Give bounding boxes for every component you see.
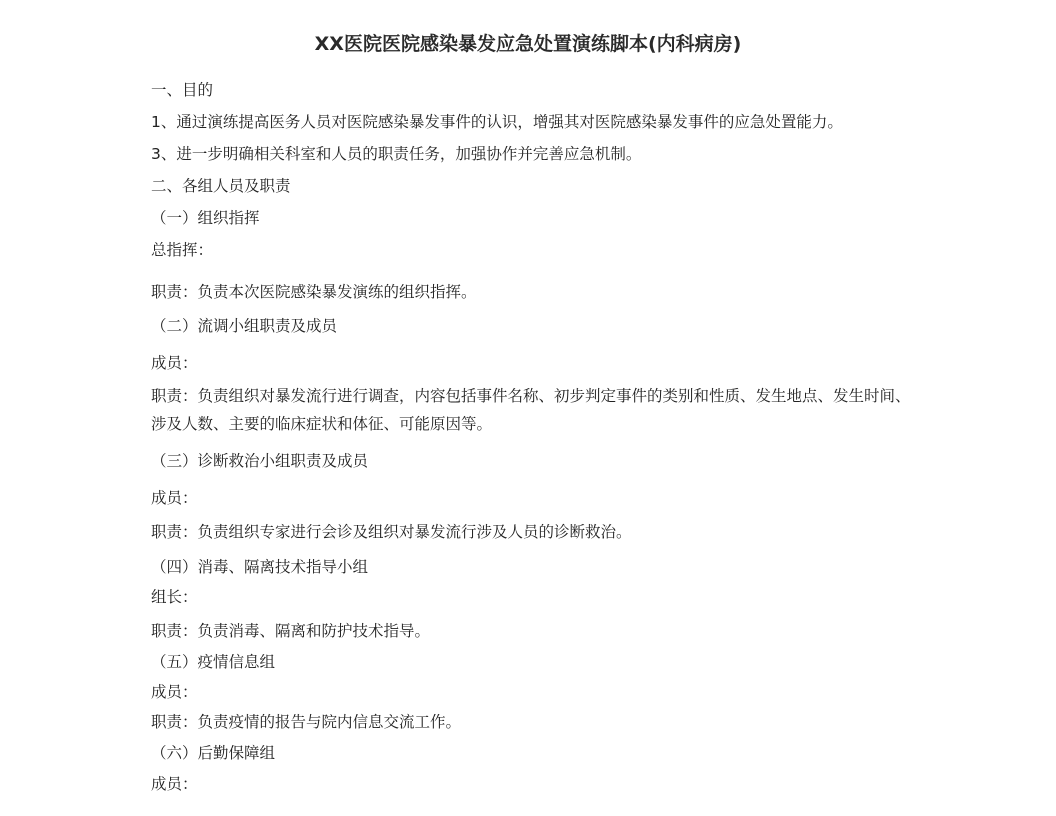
field-members-epidemiology: 成员： xyxy=(151,353,198,373)
subheading-command: （一）组织指挥 xyxy=(151,208,260,228)
duty-command: 职责：负责本次医院感染暴发演练的组织指挥。 xyxy=(151,282,477,302)
duty-diagnosis: 职责：负责组织专家进行会诊及组织对暴发流行涉及人员的诊断救治。 xyxy=(151,522,632,542)
field-members-logistics: 成员： xyxy=(151,774,198,794)
purpose-item-1: 1、通过演练提高医务人员对医院感染暴发事件的认识，增强其对医院感染暴发事件的应急… xyxy=(151,112,843,132)
duty-disinfection: 职责：负责消毒、隔离和防护技术指导。 xyxy=(151,621,430,641)
section-heading-purpose: 一、目的 xyxy=(151,80,213,100)
section-heading-groups: 二、各组人员及职责 xyxy=(151,176,291,196)
field-members-information: 成员： xyxy=(151,682,198,702)
document-title: XX医院医院感染暴发应急处置演练脚本(内科病房) xyxy=(0,29,1056,56)
purpose-item-3: 3、进一步明确相关科室和人员的职责任务，加强协作并完善应急机制。 xyxy=(151,144,641,164)
field-members-diagnosis: 成员： xyxy=(151,488,198,508)
field-leader-disinfection: 组长： xyxy=(151,587,198,607)
subheading-disinfection: （四）消毒、隔离技术指导小组 xyxy=(151,557,368,577)
subheading-information: （五）疫情信息组 xyxy=(151,652,275,672)
subheading-logistics: （六）后勤保障组 xyxy=(151,743,275,763)
duty-information: 职责：负责疫情的报告与院内信息交流工作。 xyxy=(151,712,461,732)
field-commander: 总指挥： xyxy=(151,240,213,260)
subheading-diagnosis: （三）诊断救治小组职责及成员 xyxy=(151,451,368,471)
duty-epidemiology: 职责：负责组织对暴发流行进行调查，内容包括事件名称、初步判定事件的类别和性质、发… xyxy=(151,382,911,438)
subheading-epidemiology: （二）流调小组职责及成员 xyxy=(151,316,337,336)
